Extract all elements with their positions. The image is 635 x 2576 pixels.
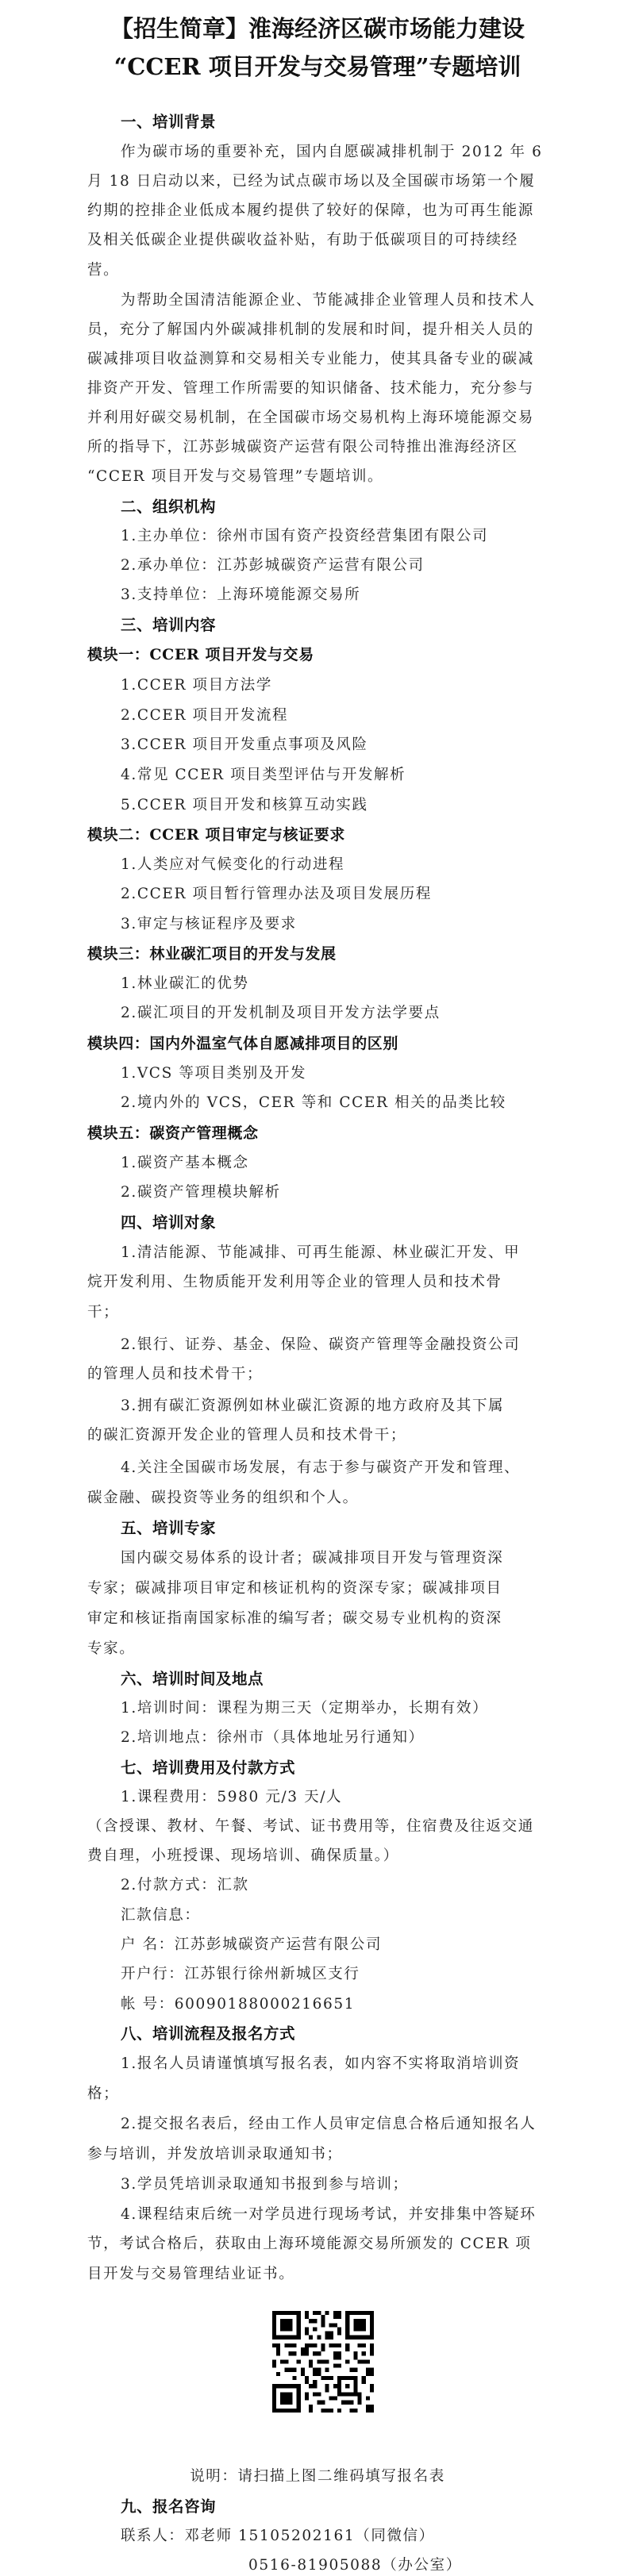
org-item-host: 1.主办单位：徐州市国有资产投资经营集团有限公司 <box>121 527 565 546</box>
process-line: 格； <box>87 2085 564 2104</box>
module-item: 1.人类应对气候变化的行动进程 <box>121 855 565 875</box>
module-item: 3.CCER 项目开发重点事项及风险 <box>121 736 565 755</box>
paragraph-line: 约期的控排企业低成本履约提供了较好的保障，也为可再生能源 <box>87 202 564 221</box>
module-title: 模块四：国内外温室气体自愿减排项目的区别 <box>87 1034 564 1053</box>
module-item: 1.VCS 等项目类别及开发 <box>121 1064 565 1083</box>
experts-line: 专家。 <box>87 1640 564 1659</box>
process-line: 参与培训，并发放培训录取通知书； <box>87 2145 564 2164</box>
fee-note-line: （含授课、教材、午餐、考试、证书费用等，住宿费及往返交通 <box>87 1817 564 1836</box>
process-line: 目开发与交易管理结业证书。 <box>87 2265 564 2284</box>
audience-line: 3.拥有碳汇资源例如林业碳汇资源的地方政府及其下属 <box>121 1397 565 1416</box>
section-heading-organization: 二、组织机构 <box>121 498 565 517</box>
bank-name: 开户行：江苏银行徐州新城区支行 <box>121 1965 565 1984</box>
training-location: 2.培训地点：徐州市（具体地址另行通知） <box>121 1728 565 1747</box>
section-heading-content: 三、培训内容 <box>121 616 565 635</box>
module-title: 模块三：林业碳汇项目的开发与发展 <box>87 944 564 963</box>
process-line: 1.报名人员请谨慎填写报名表，如内容不实将取消培训资 <box>121 2055 565 2074</box>
contact-person: 联系人：邓老师 15105202161（同微信） <box>121 2527 565 2546</box>
section-heading-experts: 五、培训专家 <box>121 1519 565 1538</box>
paragraph-line: 碳减排项目收益测算和交易相关专业能力，使其具备专业的碳减 <box>87 350 564 369</box>
audience-line: 的碳汇资源开发企业的管理人员和技术骨干； <box>87 1426 564 1445</box>
audience-line: 1.清洁能源、节能减排、可再生能源、林业碳汇开发、甲 <box>121 1244 565 1263</box>
audience-line: 的管理人员和技术骨干； <box>87 1365 564 1384</box>
fee-note-line: 费自理，小班授课、现场培训、确保质量。） <box>87 1847 564 1866</box>
module-title: 模块一：CCER 项目开发与交易 <box>87 645 564 664</box>
paragraph-line: 及相关低碳企业提供碳收益补贴，有助于低碳项目的可持续经 <box>87 231 564 250</box>
module-item: 3.审定与核证程序及要求 <box>121 915 565 934</box>
paragraph-line: 所的指导下，江苏彭城碳资产运营有限公司特推出淮海经济区 <box>87 438 564 457</box>
module-item: 1.林业碳汇的优势 <box>121 975 565 994</box>
module-item: 2.CCER 项目开发流程 <box>121 706 565 725</box>
office-phone: 0516-81905088（办公室） <box>248 2556 635 2575</box>
paragraph-line: 月 18 日启动以来，已经为试点碳市场以及全国碳市场第一个履 <box>87 172 564 191</box>
page-title-line-2: “CCER 项目开发与交易管理”专题培训 <box>0 49 635 82</box>
experts-line: 审定和核证指南国家标准的编写者；碳交易专业机构的资深 <box>87 1609 564 1628</box>
process-line: 3.学员凭培训录取通知书报到参与培训； <box>121 2175 565 2194</box>
section-heading-audience: 四、培训对象 <box>121 1213 565 1232</box>
paragraph-line: 并利用好碳交易机制，在全国碳市场交易机构上海环境能源交易 <box>87 409 564 428</box>
module-item: 2.境内外的 VCS，CER 等和 CCER 相关的品类比较 <box>121 1094 565 1113</box>
audience-line: 2.银行、证券、基金、保险、碳资产管理等金融投资公司 <box>121 1336 565 1355</box>
section-heading-contact: 九、报名咨询 <box>121 2497 565 2516</box>
module-item: 1.CCER 项目方法学 <box>121 676 565 695</box>
module-item: 4.常见 CCER 项目类型评估与开发解析 <box>121 766 565 785</box>
process-line: 2.提交报名表后，经由工作人员审定信息合格后通知报名人 <box>121 2115 565 2134</box>
section-heading-process: 八、培训流程及报名方式 <box>121 2024 565 2043</box>
paragraph-line: 排资产开发、管理工作所需要的知识储备、技术能力，充分参与 <box>87 379 564 398</box>
page-title-line-1: 【招生简章】淮海经济区碳市场能力建设 <box>0 11 635 44</box>
module-title: 模块五：碳资产管理概念 <box>87 1124 564 1143</box>
section-heading-fees: 七、培训费用及付款方式 <box>121 1759 565 1778</box>
org-item-supporter: 3.支持单位：上海环境能源交易所 <box>121 586 565 605</box>
course-fee: 1.课程费用：5980 元/3 天/人 <box>121 1788 565 1807</box>
account-number: 帐 号：60090188000216651 <box>121 1995 565 2014</box>
org-item-organizer: 2.承办单位：江苏彭城碳资产运营有限公司 <box>121 556 565 575</box>
audience-line: 4.关注全国碳市场发展，有志于参与碳资产开发和管理、 <box>121 1459 565 1478</box>
module-item: 2.碳汇项目的开发机制及项目开发方法学要点 <box>121 1004 565 1023</box>
process-line: 节，考试合格后，获取由上海环境能源交易所颁发的 CCER 项 <box>87 2235 564 2254</box>
audience-line: 烷开发利用、生物质能开发利用等企业的管理人员和技术骨 <box>87 1273 564 1292</box>
paragraph-line: “CCER 项目开发与交易管理”专题培训。 <box>87 467 564 486</box>
module-item: 5.CCER 项目开发和核算互动实践 <box>121 796 565 815</box>
process-line: 4.课程结束后统一对学员进行现场考试，并安排集中答疑环 <box>121 2205 565 2224</box>
module-item: 2.CCER 项目暂行管理办法及项目发展历程 <box>121 885 565 904</box>
audience-line: 碳金融、碳投资等业务的组织和个人。 <box>87 1489 564 1508</box>
module-item: 1.碳资产基本概念 <box>121 1154 565 1173</box>
experts-line: 国内碳交易体系的设计者；碳减排项目开发与管理资深 <box>121 1549 565 1568</box>
experts-line: 专家；碳减排项目审定和核证机构的资深专家；碳减排项目 <box>87 1579 564 1598</box>
paragraph-line: 营。 <box>87 261 564 280</box>
section-heading-time-location: 六、培训时间及地点 <box>121 1670 565 1689</box>
training-time: 1.培训时间：课程为期三天（定期举办，长期有效） <box>121 1699 565 1718</box>
remit-info-label: 汇款信息： <box>121 1906 565 1925</box>
qr-code-icon[interactable] <box>272 2311 374 2413</box>
audience-line: 干； <box>87 1303 564 1322</box>
module-title: 模块二：CCER 项目审定与核证要求 <box>87 825 564 844</box>
module-item: 2.碳资产管理模块解析 <box>121 1183 565 1202</box>
paragraph-line: 员，充分了解国内外碳减排机制的发展和时间，提升相关人员的 <box>87 321 564 340</box>
paragraph-line: 为帮助全国清洁能源企业、节能减排企业管理人员和技术人 <box>121 291 565 310</box>
account-name: 户 名：江苏彭城碳资产运营有限公司 <box>121 1936 565 1955</box>
payment-method: 2.付款方式：汇款 <box>121 1876 565 1895</box>
paragraph-line: 作为碳市场的重要补充，国内自愿碳减排机制于 2012 年 6 <box>121 143 565 162</box>
section-heading-background: 一、培训背景 <box>121 113 565 132</box>
qr-caption: 说明：请扫描上图二维码填写报名表 <box>0 2467 635 2486</box>
